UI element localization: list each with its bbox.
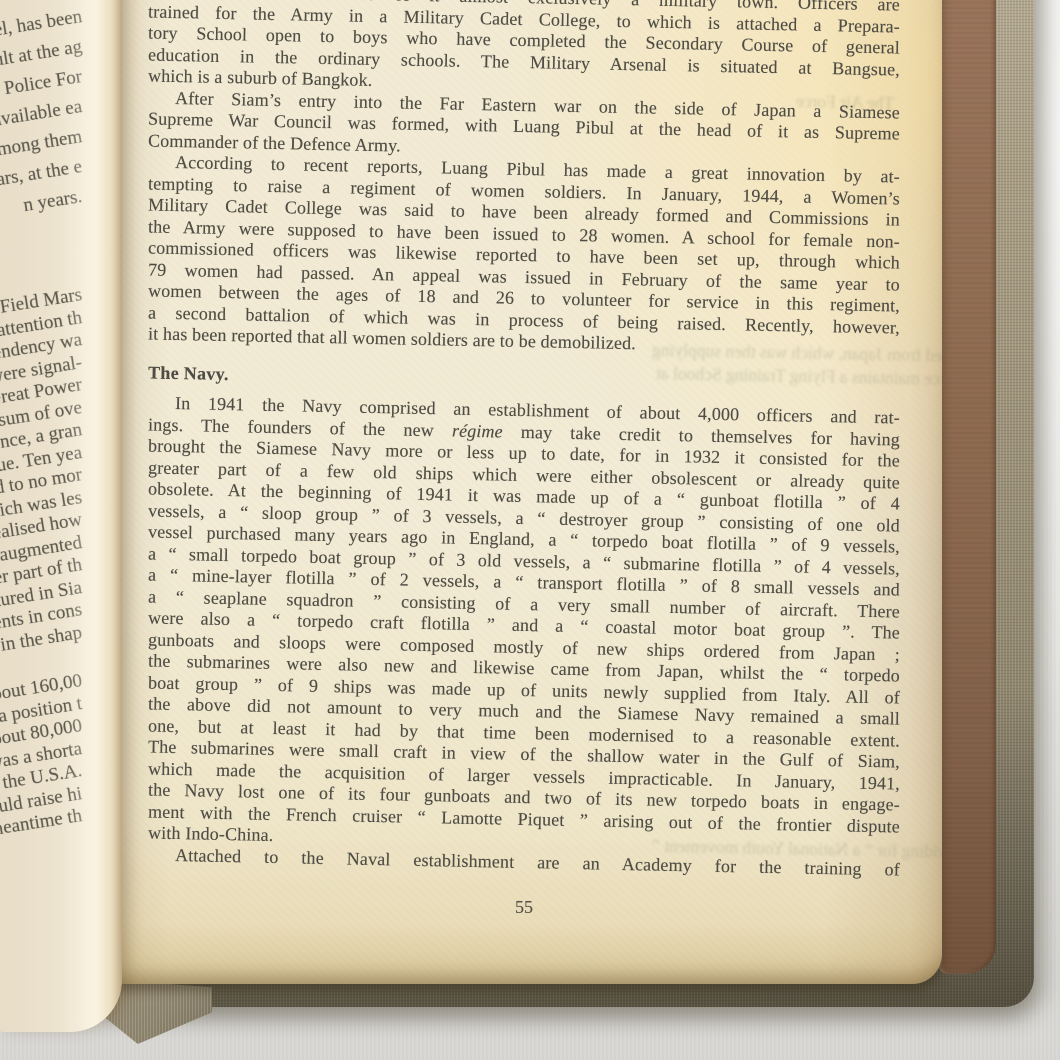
left-page-fragment-group: about 160,00n a position tbout 80,000was… [0, 670, 82, 828]
body-text: Aldershot, and has made of it almost exc… [148, 0, 900, 919]
book-photograph: The Air Forceships had been purchased fr… [0, 0, 1060, 1060]
left-page-fragment-group: del, has beenult at the agPolice Foravai… [0, 2, 82, 212]
left-page-text: del, has beenult at the agPolice Foravai… [0, 2, 82, 828]
book-page-right: The Air Forceships had been purchased fr… [96, 0, 942, 984]
book-board-brown-edge [938, 0, 996, 974]
left-page-fragment-group: Field Marsattention ths tendency wach we… [0, 284, 82, 644]
section-heading: The Navy. [148, 362, 900, 399]
page-number: 55 [148, 897, 900, 919]
book-page-left-curled: del, has beenult at the agPolice Foravai… [0, 0, 122, 1032]
